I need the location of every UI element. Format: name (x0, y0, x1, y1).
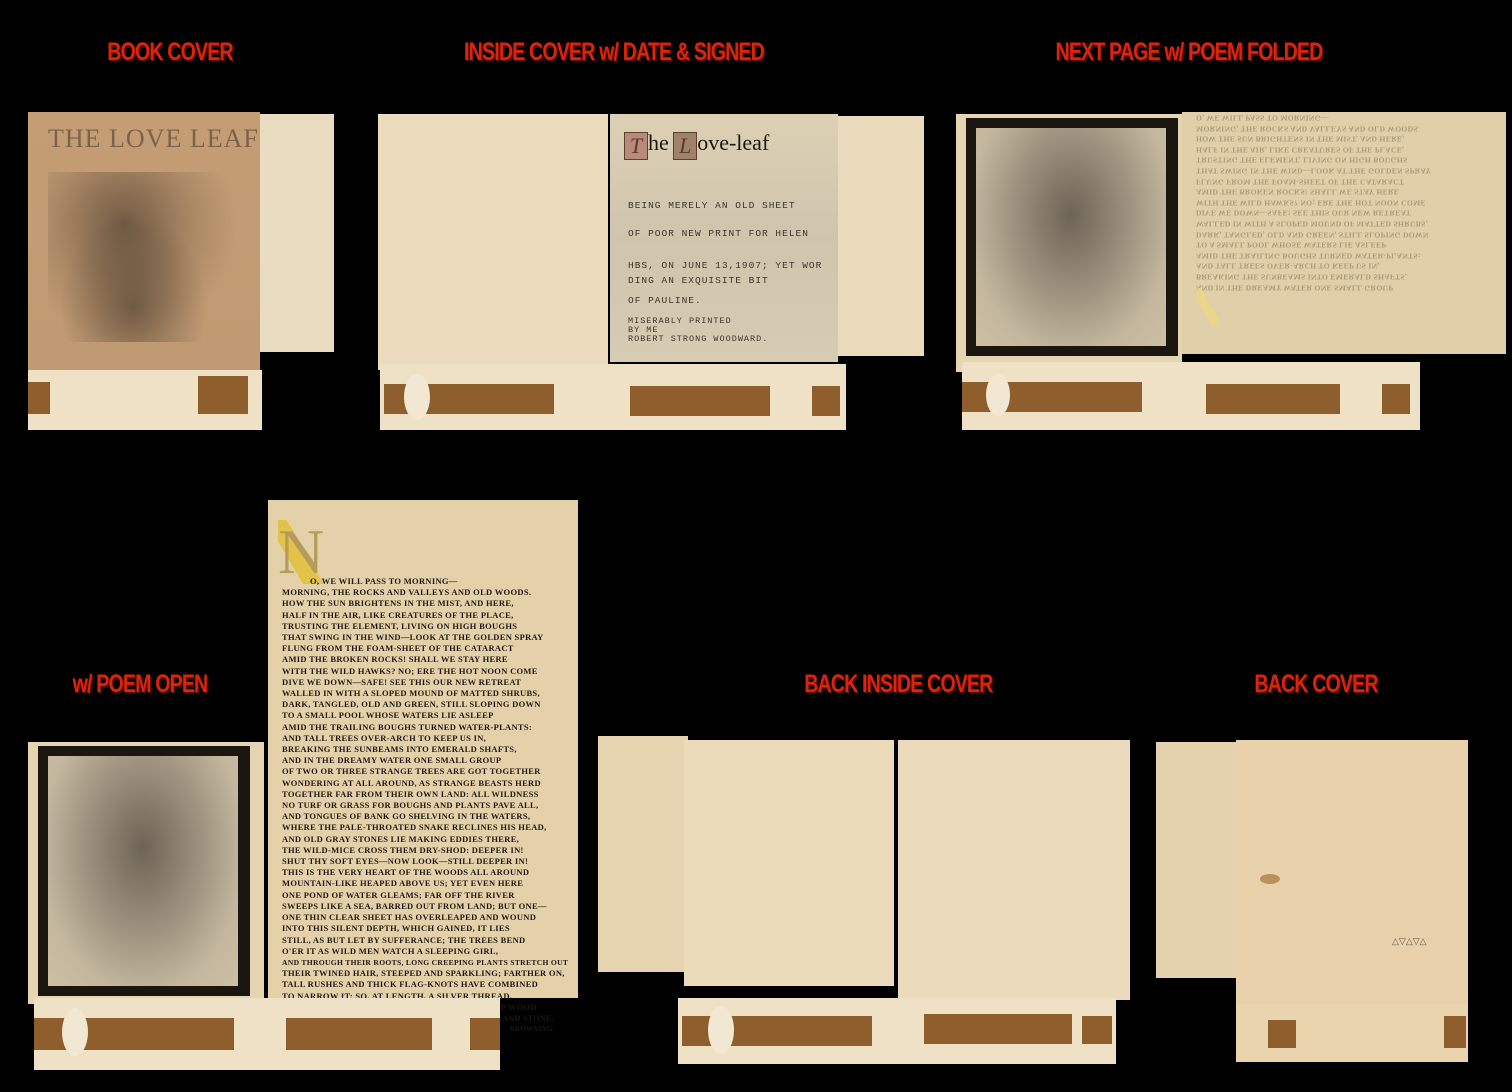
open-poem-page: N O, WE WILL PASS TO MORNING— MORNING, T… (268, 500, 578, 998)
binding-knot (62, 1008, 88, 1056)
folded-poem-edge (256, 114, 334, 352)
cover-sketch-page: THE LOVE LEAF (28, 112, 260, 370)
poem-line: O, WE WILL PASS TO MORNING— (282, 576, 568, 587)
title-initial-l: L (673, 132, 697, 160)
poem-line: FLUNG FROM THE FOAM-SHEET OF THE CATARAC… (282, 643, 568, 654)
next-page-photo: O, WE WILL PASS TO MORNING— MORNING, THE… (952, 112, 1508, 432)
label-inside-cover: INSIDE COVER w/ DATE & SIGNED (450, 38, 778, 67)
landscape-drawing (48, 756, 238, 986)
title-line-1: BEING MERELY AN OLD SHEET (628, 200, 796, 211)
inside-cover-photo: The Love-leaf BEING MERELY AN OLD SHEET … (376, 112, 928, 432)
inside-cover-left-page (378, 114, 608, 370)
binding-tape-left (1268, 1020, 1296, 1048)
label-book-cover: BOOK COVER (100, 38, 240, 67)
binding-tape-left (28, 382, 50, 414)
poem-line: AND TONGUES OF BANK GO SHELVING IN THE W… (282, 811, 568, 822)
back-cover-mark: △▽△▽△ (1392, 936, 1427, 947)
poem-line: OF TWO OR THREE STRANGE TREES ARE GOT TO… (282, 766, 568, 777)
poem-line: HOW THE SUN BRIGHTENS IN THE MIST, AND H… (282, 598, 568, 609)
poem-line: SWEEPS LIKE A SEA, BARRED OUT FROM LAND;… (282, 901, 568, 912)
poem-line: AND IN THE DREAMY WATER ONE SMALL GROUP (282, 755, 568, 766)
poem-line: STILL, AS BUT LET BY SUFFERANCE; THE TRE… (282, 935, 568, 946)
poem-drop-cap: N (278, 520, 324, 584)
title-initial-t: T (624, 132, 648, 160)
folded-poem-back (1156, 742, 1242, 978)
picture-page (28, 742, 264, 1004)
poem-line: MORNING, THE ROCKS AND VALLEYS AND OLD W… (282, 587, 568, 598)
folded-edge-right (838, 116, 924, 356)
poem-attribution: BROWNING. (510, 1024, 555, 1035)
poem-line: THEIR TWINED HAIR, STEEPED AND SPARKLING… (282, 968, 568, 979)
binding-tape-2 (630, 386, 770, 416)
poem-line: DIVE WE DOWN—SAFE! SEE THIS OUR NEW RETR… (282, 677, 568, 688)
binding-tape-2 (1206, 384, 1340, 414)
back-inside-left-page (684, 740, 894, 986)
poem-line: AND OLD GRAY STONES LIE MAKING EDDIES TH… (282, 834, 568, 845)
poem-line: HALF IN THE AIR, LIKE CREATURES OF THE P… (282, 610, 568, 621)
poem-line: BREAKING THE SUNBEAMS INTO EMERALD SHAFT… (282, 744, 568, 755)
poem-line: WALLED IN WITH A SLOPED MOUND OF MATTED … (282, 688, 568, 699)
poem-line: WITH THE WILD HAWKS? NO; ERE THE HOT NOO… (282, 666, 568, 677)
poem-open-photo: N O, WE WILL PASS TO MORNING— MORNING, T… (24, 498, 580, 1078)
landscape-drawing (976, 128, 1166, 346)
poem-line: ONE POND OF WATER GLEAMS; FAR OFF THE RI… (282, 890, 568, 901)
poem-line: AMID THE TRAILING BOUGHS TURNED WATER-PL… (282, 722, 568, 733)
title-line-4: DING AN EXQUISITE BIT (628, 275, 769, 286)
binding-strip (678, 998, 1116, 1064)
poem-line: TOGETHER FAR FROM THEIR OWN LAND: ALL WI… (282, 789, 568, 800)
binding-knot (986, 374, 1010, 416)
binding-strip (34, 998, 500, 1070)
poem-text: O, WE WILL PASS TO MORNING— MORNING, THE… (282, 576, 568, 1042)
back-cover-page: △▽△▽△ (1236, 740, 1468, 1004)
mirrored-poem-text: O, WE WILL PASS TO MORNING— MORNING, THE… (1196, 112, 1431, 292)
poem-line: NO TURF OR GRASS FOR BOUGHS AND PLANTS P… (282, 800, 568, 811)
label-back-inside-cover: BACK INSIDE COVER (804, 670, 976, 699)
drawing-frame (38, 746, 250, 996)
binding-knot (404, 374, 430, 420)
back-cover-photo: △▽△▽△ (1156, 740, 1470, 1064)
poem-line: INTO THIS SILENT DEPTH, WHICH GAINED, IT… (282, 923, 568, 934)
title-line-8: ROBERT STRONG WOODWARD. (628, 334, 768, 344)
poem-line: TO A SMALL POOL WHOSE WATERS LIE ASLEEP (282, 710, 568, 721)
binding-tape-2 (286, 1018, 432, 1050)
binding-strip (28, 370, 262, 430)
binding-tape-3 (1082, 1016, 1112, 1044)
poem-line: THAT SWING IN THE WIND—LOOK AT THE GOLDE… (282, 632, 568, 643)
binding-tape-3 (1382, 384, 1410, 414)
binding-tape-3 (812, 386, 840, 416)
poem-line: MOUNTAIN-LIKE HEAPED ABOVE US; YET EVEN … (282, 878, 568, 889)
poem-line: AND TALL TREES OVER-ARCH TO KEEP US IN, (282, 733, 568, 744)
book-cover-photo: THE LOVE LEAF (26, 112, 338, 432)
title-word-he: he (648, 130, 669, 155)
poem-line: AND THROUGH THEIR ROOTS, LONG CREEPING P… (282, 957, 568, 968)
poem-line: TALL RUSHES AND THICK FLAG-KNOTS HAVE CO… (282, 979, 568, 990)
drawing-frame (966, 118, 1178, 356)
binding-strip (1236, 1004, 1468, 1062)
binding-strip (380, 364, 846, 430)
poem-line: AMID THE BROKEN ROCKS! SHALL WE STAY HER… (282, 654, 568, 665)
title-word-oveleaf: ove-leaf (697, 130, 769, 155)
back-inside-right-page (898, 740, 1130, 1000)
rock-sketch (48, 172, 238, 342)
binding-strip (962, 362, 1420, 430)
poem-line: O'ER IT AS WILD MEN WATCH A SLEEPING GIR… (282, 946, 568, 957)
binding-tape-right (198, 376, 248, 414)
binding-tape-3 (470, 1018, 500, 1050)
title-heading: The Love-leaf (624, 130, 769, 160)
mirrored-drop-cap (1198, 288, 1218, 328)
stain (1260, 874, 1280, 884)
poem-line: WONDERING AT ALL AROUND, AS STRANGE BEAS… (282, 778, 568, 789)
back-inside-cover-photo (598, 736, 1134, 1066)
binding-tape-2 (924, 1014, 1072, 1044)
binding-knot (708, 1006, 734, 1054)
title-line-3: HBS, ON JUNE 13,1907; YET WOR (628, 260, 822, 271)
poem-line: SHUT THY SOFT EYES—NOW LOOK—STILL DEEPER… (282, 856, 568, 867)
title-line-2: OF POOR NEW PRINT FOR HELEN (628, 228, 809, 239)
poem-line: TRUSTING THE ELEMENT, LIVING ON HIGH BOU… (282, 621, 568, 632)
poem-line: THIS IS THE VERY HEART OF THE WOODS ALL … (282, 867, 568, 878)
picture-page (956, 114, 1182, 372)
label-back-cover: BACK COVER (1254, 670, 1379, 699)
folded-poem-back (598, 736, 688, 972)
poem-line: WHERE THE PALE-THROATED SNAKE RECLINES H… (282, 822, 568, 833)
poem-line: ONE THIN CLEAR SHEET HAS OVERLEAPED AND … (282, 912, 568, 923)
poem-line: THE WILD-MICE CROSS THEM DRY-SHOD: DEEPE… (282, 845, 568, 856)
label-next-page: NEXT PAGE w/ POEM FOLDED (1053, 38, 1326, 67)
cover-title-art: THE LOVE LEAF (48, 124, 259, 154)
poem-line: DARK, TANGLED, OLD AND GREEN, STILL SLOP… (282, 699, 568, 710)
folded-poem-page: O, WE WILL PASS TO MORNING— MORNING, THE… (1182, 112, 1506, 354)
binding-tape-right (1444, 1016, 1466, 1048)
title-line-5: OF PAULINE. (628, 295, 702, 306)
title-page: The Love-leaf BEING MERELY AN OLD SHEET … (610, 114, 838, 362)
